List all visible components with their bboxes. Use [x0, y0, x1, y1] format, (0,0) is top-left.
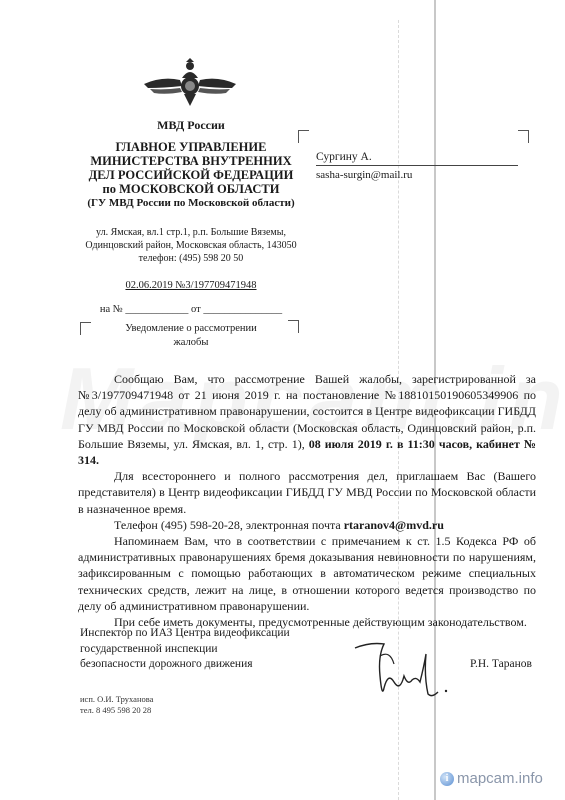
- signer-name: Р.Н. Таранов: [470, 658, 532, 670]
- department-short-name: (ГУ МВД России по Московской области): [64, 196, 318, 210]
- executor-info: исп. О.И. Труханова тел. 8 495 598 20 28: [80, 694, 153, 716]
- paragraph-contacts: Телефон (495) 598-20-28, электронная поч…: [78, 517, 536, 533]
- letterhead: МВД России ГЛАВНОЕ УПРАВЛЕНИЕ МИНИСТЕРСТ…: [64, 118, 318, 210]
- department-line: по МОСКОВСКОЙ ОБЛАСТИ: [64, 182, 318, 196]
- paragraph-reminder: Напоминаем Вам, что в соответствии с при…: [78, 533, 536, 614]
- mapcam-brand: i mapcam.info: [440, 770, 543, 787]
- recipient-block: Сургину А. sasha-surgin@mail.ru: [316, 150, 518, 182]
- info-icon: i: [440, 772, 454, 786]
- paragraph-hearing: Сообщаю Вам, что рассмотрение Вашей жало…: [78, 371, 536, 468]
- brand-text: mapcam.info: [457, 770, 543, 787]
- recipient-name: Сургину А.: [316, 150, 518, 166]
- mvd-emblem-icon: [142, 58, 238, 108]
- contact-email: rtaranov4@mvd.ru: [344, 518, 444, 532]
- letter-body: Сообщаю Вам, что рассмотрение Вашей жало…: [78, 371, 536, 630]
- address-line: ул. Ямская, вл.1 стр.1, р.п. Большие Вяз…: [64, 226, 318, 239]
- executor-phone: тел. 8 495 598 20 28: [80, 705, 153, 716]
- reference-line: на № ____________ от _______________: [64, 304, 318, 315]
- address-line: Одинцовский район, Московская область, 1…: [64, 239, 318, 252]
- department-line: МИНИСТЕРСТВА ВНУТРЕННИХ: [64, 154, 318, 168]
- paragraph-invitation: Для всестороннего и полного рассмотрения…: [78, 468, 536, 517]
- handwritten-signature-icon: [350, 636, 470, 706]
- recipient-email: sasha-surgin@mail.ru: [316, 168, 518, 182]
- recipient-bracket-right: [518, 130, 529, 143]
- address-line: телефон: (495) 598 20 50: [64, 252, 318, 265]
- signer-position: Инспектор по ИАЗ Центра видеофиксации го…: [80, 626, 290, 673]
- department-line: ДЕЛ РОССИЙСКОЙ ФЕДЕРАЦИИ: [64, 168, 318, 182]
- department-line: ГЛАВНОЕ УПРАВЛЕНИЕ: [64, 140, 318, 154]
- letter-subject: Уведомление о рассмотрении жалобы: [64, 322, 318, 350]
- sender-address: ул. Ямская, вл.1 стр.1, р.п. Большие Вяз…: [64, 226, 318, 265]
- agency-name: МВД России: [64, 118, 318, 132]
- executor-name: исп. О.И. Труханова: [80, 694, 153, 705]
- registration-number: 02.06.2019 №3/197709471948: [64, 280, 318, 291]
- recipient-bracket-left: [298, 130, 309, 143]
